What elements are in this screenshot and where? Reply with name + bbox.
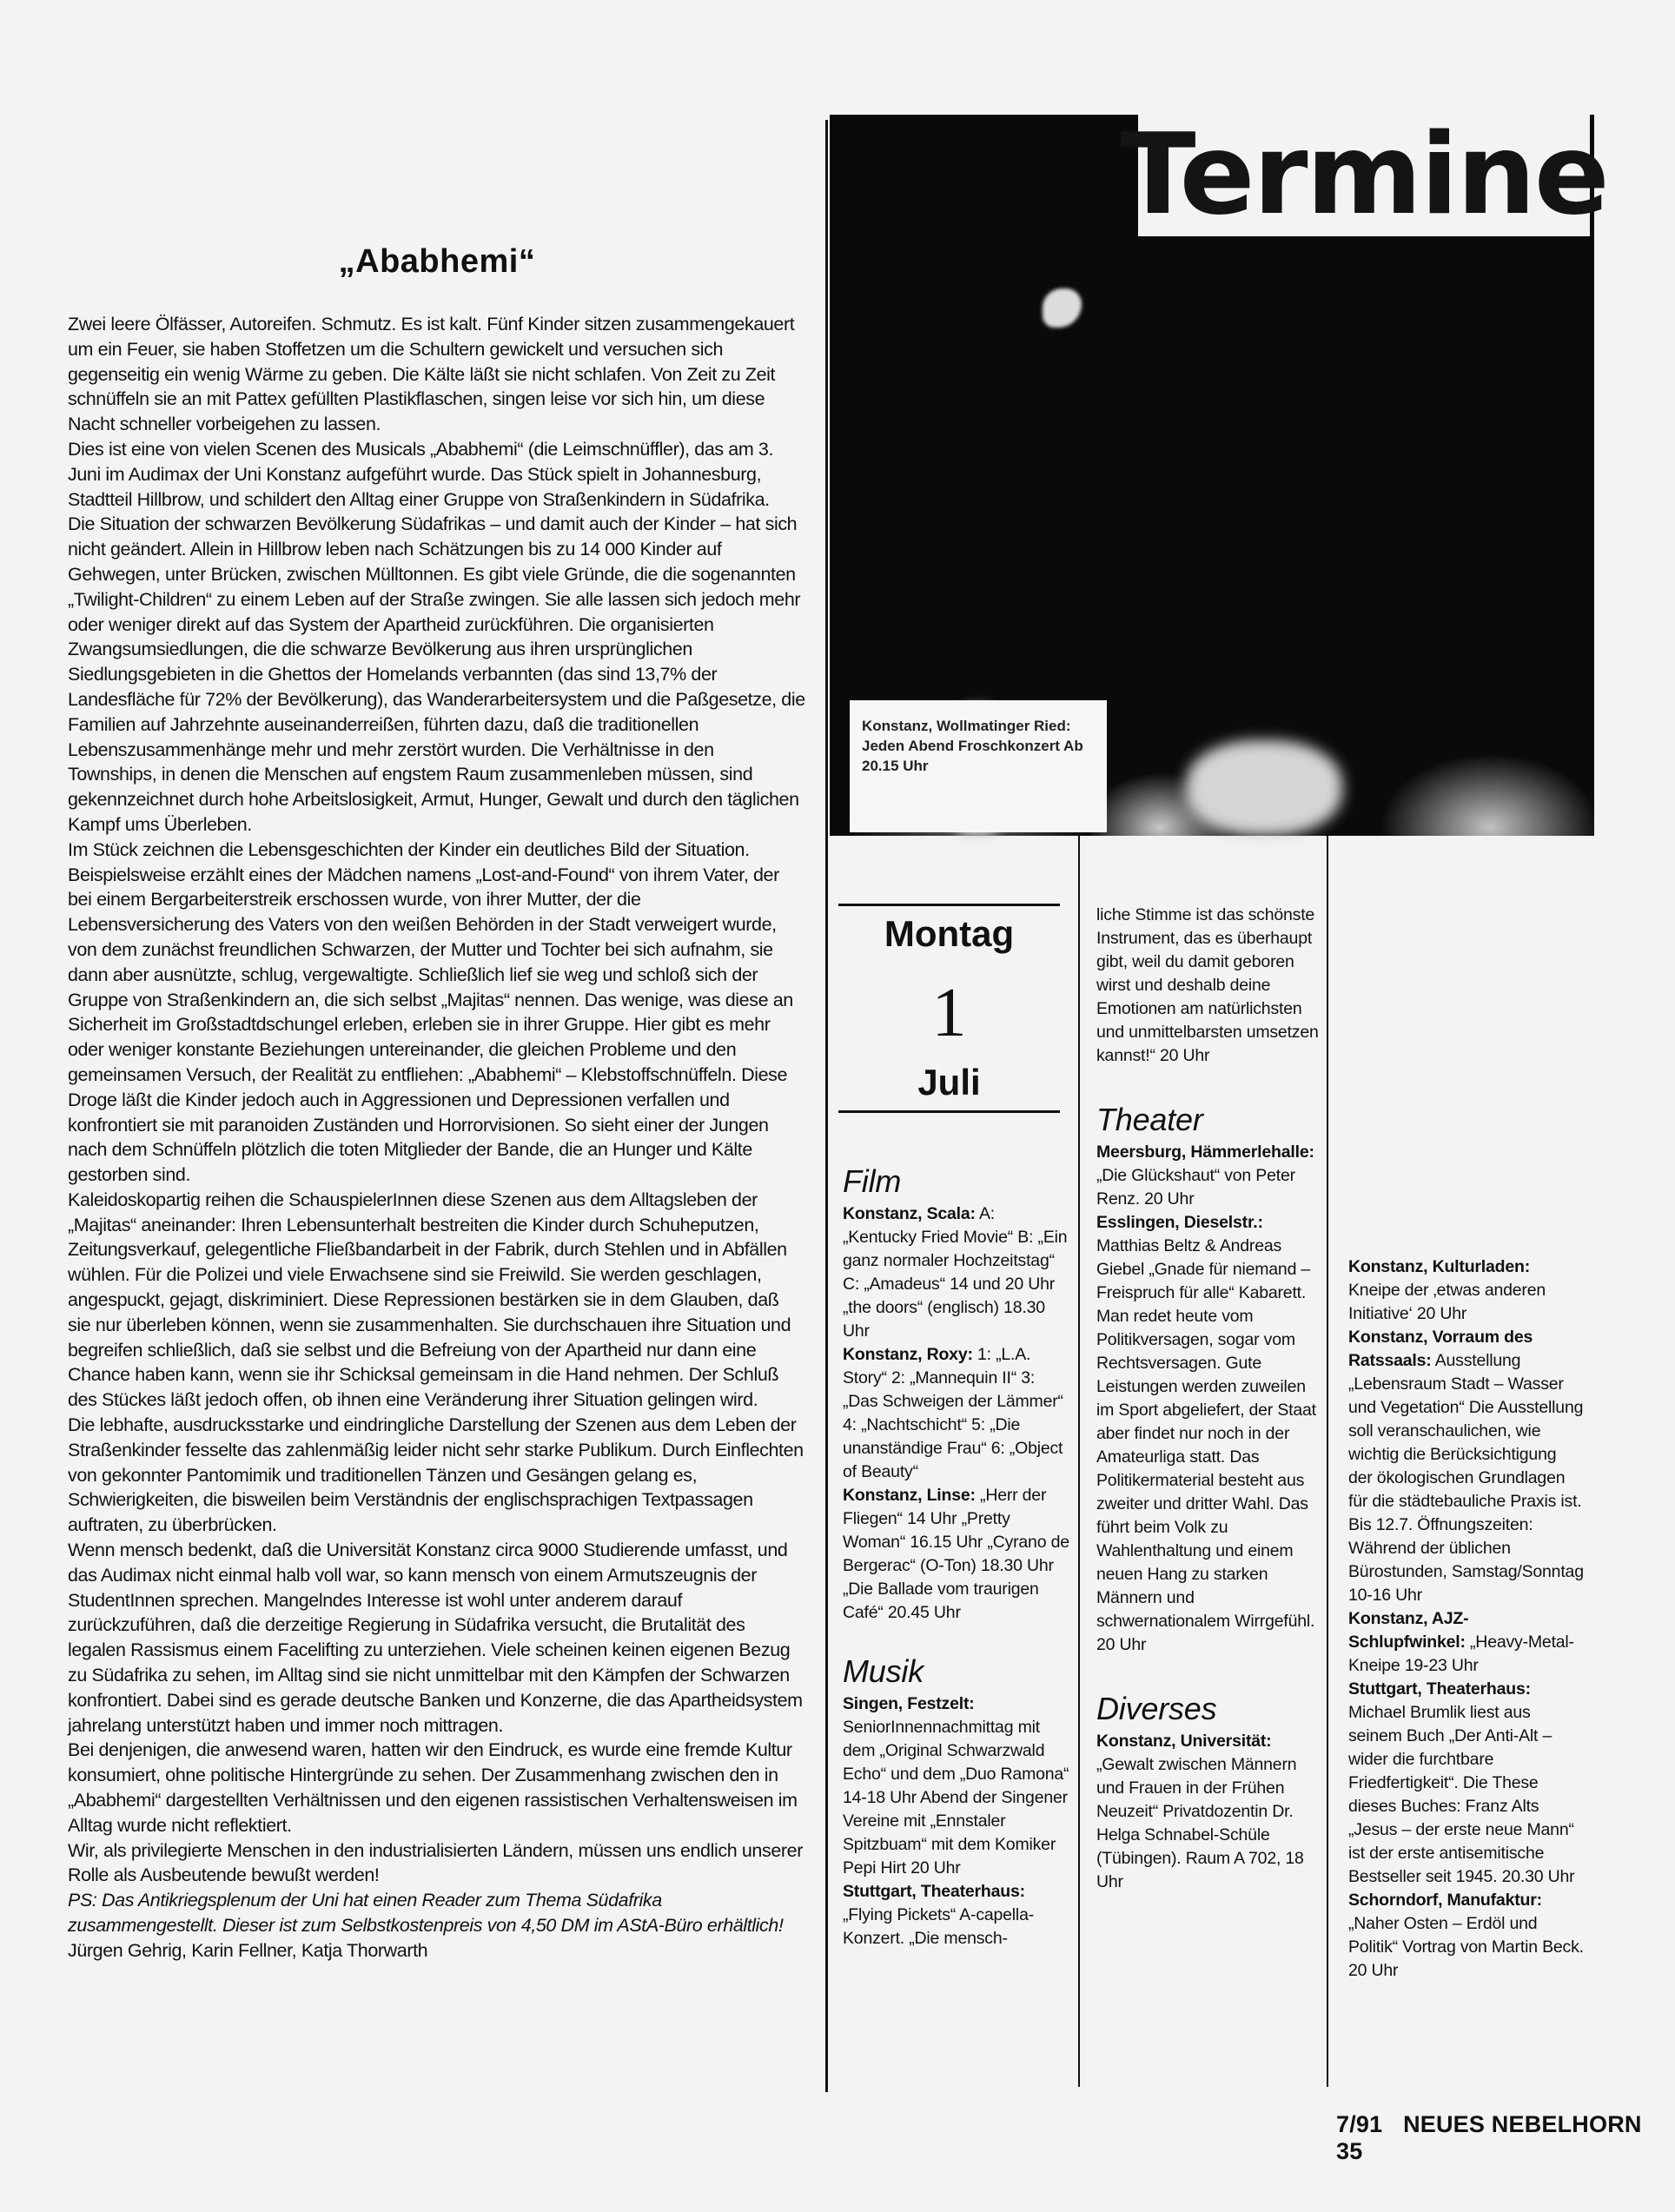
event-venue: Stuttgart, Theaterhaus: xyxy=(843,1882,1025,1901)
section-heading-theater: Theater xyxy=(1096,1103,1321,1137)
event-venue: Konstanz, Universität: xyxy=(1096,1732,1271,1751)
column-divider xyxy=(1327,836,1328,2087)
event-text: Michael Brumlik liest aus seinem Buch „D… xyxy=(1348,1703,1574,1886)
article-postscript: PS: Das Antikriegsplenum der Uni hat ein… xyxy=(68,1888,806,1938)
event-entry: Konstanz, Universität: „Gewalt zwischen … xyxy=(1096,1730,1321,1894)
photo-caption: Konstanz, Wollmatinger Ried: Jeden Abend… xyxy=(850,700,1107,832)
event-continuation: liche Stimme ist das schönste Instrument… xyxy=(1096,904,1321,1068)
article-paragraph: Kaleidoskopartig reihen die Schauspieler… xyxy=(68,1188,806,1413)
event-venue: Konstanz, Kulturladen: xyxy=(1348,1257,1530,1276)
event-text: 1: „L.A. Story“ 2: „Mannequin II“ 3: „Da… xyxy=(843,1345,1063,1481)
event-venue: Meersburg, Hämmerlehalle: xyxy=(1096,1142,1314,1162)
issue-number: 7/91 xyxy=(1336,2111,1382,2137)
event-venue: Konstanz, Linse: xyxy=(843,1486,976,1505)
article-paragraph: Dies ist eine von vielen Scenen des Musi… xyxy=(68,437,806,512)
divider xyxy=(838,1110,1060,1113)
article-paragraph: Die lebhafte, ausdrucksstarke und eindri… xyxy=(68,1413,806,1538)
event-venue: Stuttgart, Theaterhaus: xyxy=(1348,1679,1531,1699)
termine-column-2: liche Stimme ist das schönste Instrument… xyxy=(1096,904,1321,1894)
event-text: „Herr der Fliegen“ 14 Uhr „Pretty Woman“… xyxy=(843,1486,1069,1622)
photo-highlight xyxy=(1043,288,1082,328)
article-paragraph: Wenn mensch bedenkt, daß die Universität… xyxy=(68,1538,806,1738)
event-venue: Konstanz, Roxy: xyxy=(843,1345,973,1364)
event-text: A: „Kentucky Fried Movie“ B: „Ein ganz n… xyxy=(843,1204,1067,1341)
month: Juli xyxy=(838,1062,1060,1103)
event-entry: Singen, Festzelt: SeniorInnennachmittag … xyxy=(843,1692,1070,1880)
event-entry: Schorndorf, Manufaktur: „Naher Osten – E… xyxy=(1348,1889,1585,1983)
page-number: 35 xyxy=(1336,2138,1362,2164)
article-title: „Ababhemi“ xyxy=(68,243,806,281)
column-divider xyxy=(825,120,828,2092)
termine-column-3: Konstanz, Kulturladen: Kneipe der ‚etwas… xyxy=(1348,1255,1585,1983)
event-entry: Stuttgart, Theaterhaus: Michael Brumlik … xyxy=(1348,1678,1585,1889)
section-heading-film: Film xyxy=(843,1164,1070,1199)
article-paragraph: Im Stück zeichnen die Lebensgeschichten … xyxy=(68,838,806,1188)
event-entry: Stuttgart, Theaterhaus: „Flying Pickets“… xyxy=(843,1880,1070,1950)
event-text: Kneipe der ‚etwas anderen Initiative‘ 20… xyxy=(1348,1281,1546,1323)
event-entry: Meersburg, Hämmerlehalle: „Die Glückshau… xyxy=(1096,1141,1321,1211)
event-text: „Flying Pickets“ A-capella-Konzert. „Die… xyxy=(843,1905,1034,1948)
article-paragraph: Zwei leere Ölfässer, Autoreifen. Schmutz… xyxy=(68,312,806,437)
event-entry: Konstanz, Vorraum des Ratssaals: Ausstel… xyxy=(1348,1326,1585,1607)
magazine-name: NEUES NEBELHORN xyxy=(1403,2111,1642,2137)
event-entry: Konstanz, Linse: „Herr der Fliegen“ 14 U… xyxy=(843,1484,1070,1625)
article-authors: Jürgen Gehrig, Karin Fellner, Katja Thor… xyxy=(68,1938,806,1964)
event-entry: Konstanz, Scala: A: „Kentucky Fried Movi… xyxy=(843,1202,1070,1343)
event-text: SeniorInnennachmittag mit dem „Original … xyxy=(843,1718,1069,1878)
article-paragraph: Die Situation der schwarzen Bevölkerung … xyxy=(68,512,806,837)
event-text: „Naher Osten – Erdöl und Politik“ Vortra… xyxy=(1348,1914,1584,1980)
event-entry: Konstanz, Kulturladen: Kneipe der ‚etwas… xyxy=(1348,1255,1585,1326)
article-ababhemi: „Ababhemi“ Zwei leere Ölfässer, Autoreif… xyxy=(68,243,806,1964)
event-entry: Esslingen, Dieselstr.: Matthias Beltz & … xyxy=(1096,1211,1321,1657)
event-entry: Konstanz, AJZ-Schlupfwinkel: „Heavy-Meta… xyxy=(1348,1607,1585,1678)
page-footer: 7/91 NEUES NEBELHORN 35 xyxy=(1336,2111,1675,2165)
event-venue: Konstanz, Scala: xyxy=(843,1204,976,1223)
termine-header: Termine xyxy=(1138,115,1590,236)
event-venue: Schorndorf, Manufaktur: xyxy=(1348,1891,1542,1910)
divider xyxy=(838,904,1060,906)
event-venue: Singen, Festzelt: xyxy=(843,1694,975,1713)
event-venue: Konstanz, AJZ-Schlupfwinkel: xyxy=(1348,1609,1468,1652)
day-number: 1 xyxy=(838,974,1060,1053)
date-box: Montag 1 Juli xyxy=(838,904,1060,1113)
section-heading-diverses: Diverses xyxy=(1096,1692,1321,1726)
termine-column-1: Film Konstanz, Scala: A: „Kentucky Fried… xyxy=(843,1164,1070,1950)
event-text: „Gewalt zwischen Männern und Frauen in d… xyxy=(1096,1755,1304,1891)
event-text: Ausstellung „Lebensraum Stadt – Wasser u… xyxy=(1348,1351,1584,1605)
column-divider xyxy=(1078,836,1080,2087)
article-paragraph: Bei denjenigen, die anwesend waren, hatt… xyxy=(68,1738,806,1838)
section-heading-musik: Musik xyxy=(843,1654,1070,1689)
event-venue: Esslingen, Dieselstr.: xyxy=(1096,1213,1263,1232)
event-text: „Die Glückshaut“ von Peter Renz. 20 Uhr xyxy=(1096,1166,1295,1209)
article-paragraph: Wir, als privilegierte Menschen in den i… xyxy=(68,1838,806,1889)
event-text: Matthias Beltz & Andreas Giebel „Gnade f… xyxy=(1096,1236,1316,1654)
photo-highlight xyxy=(1186,740,1342,836)
event-entry: Konstanz, Roxy: 1: „L.A. Story“ 2: „Mann… xyxy=(843,1343,1070,1484)
weekday: Montag xyxy=(838,913,1060,955)
section-title: Termine xyxy=(1120,120,1607,231)
